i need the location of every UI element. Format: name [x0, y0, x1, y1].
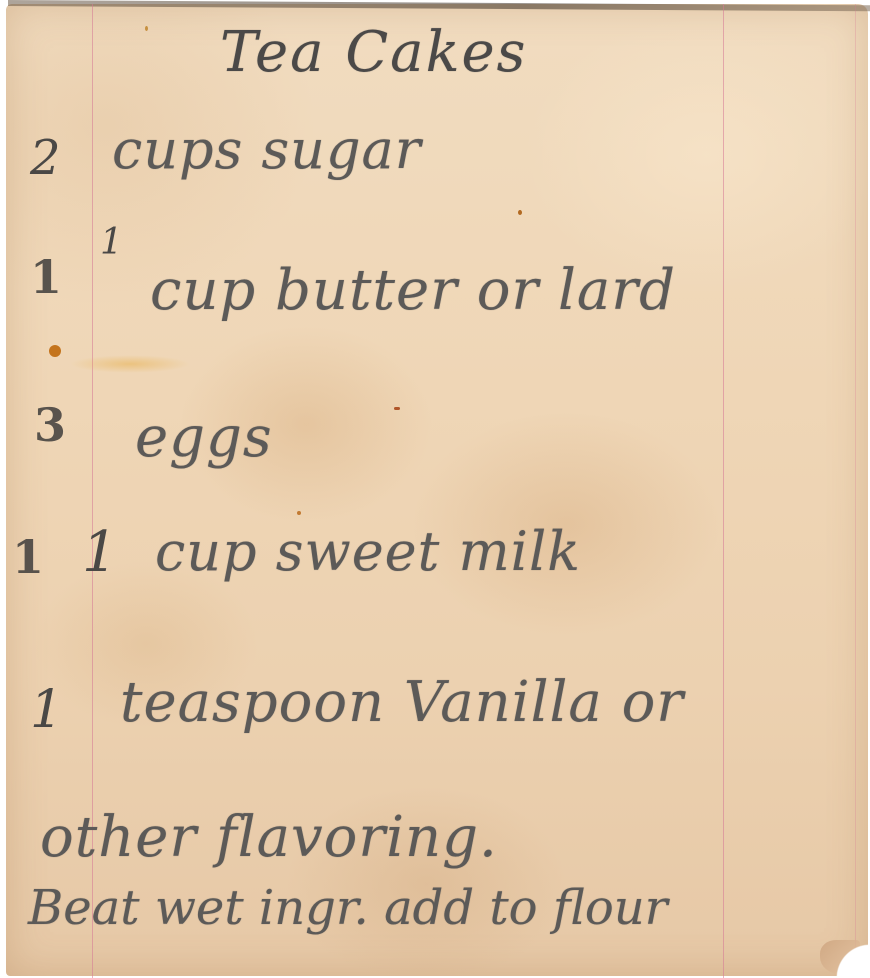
margin-rule-right	[723, 4, 724, 978]
ingredient-qty-5: 1	[30, 680, 63, 740]
recipe-title: Tea Cakes	[220, 20, 527, 85]
stain-speck	[394, 407, 400, 410]
ingredient-line: cup butter or lard	[150, 258, 676, 323]
stain-smear	[70, 355, 190, 373]
stain-speck	[145, 26, 148, 31]
stain-speck	[297, 511, 301, 515]
ingredient-line: teaspoon Vanilla or	[120, 670, 684, 735]
margin-rule-far-right	[855, 4, 856, 978]
ingredient-line: eggs	[135, 405, 273, 470]
instruction-line: Beat wet ingr. add to flour	[28, 880, 668, 936]
stain-speck	[518, 210, 522, 215]
ingredient-qty-2: 1	[100, 222, 123, 263]
ingredient-line: cups sugar	[112, 118, 422, 181]
ingredient-continuation: other flavoring.	[40, 805, 498, 870]
stain-spot	[49, 345, 61, 357]
ingredient-qty-4: 1	[82, 520, 118, 585]
margin-scribble-3: 3	[34, 398, 66, 452]
margin-qty-1: 2	[30, 130, 61, 186]
margin-scribble-4: 1	[12, 530, 44, 584]
corner-tear	[826, 938, 870, 978]
ingredient-line: cup sweet milk	[155, 520, 581, 583]
margin-scribble-2: 1	[30, 250, 62, 304]
